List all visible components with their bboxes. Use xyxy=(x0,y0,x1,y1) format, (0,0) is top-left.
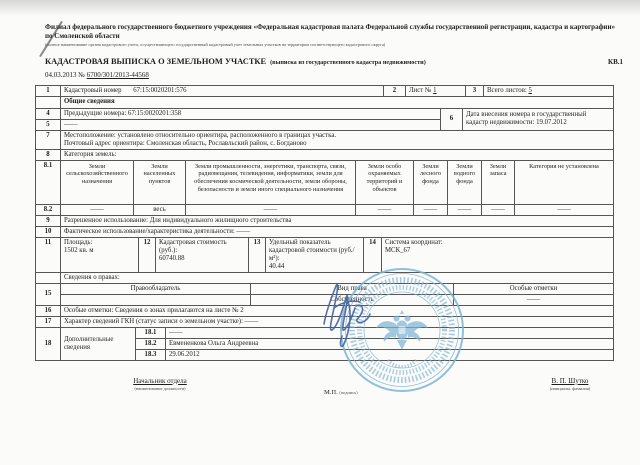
cadastral-cost-label: Кадастровая стоимость (руб.): xyxy=(159,239,245,255)
cadastral-cost-cell: Кадастровая стоимость (руб.): 60740.88 xyxy=(156,237,249,272)
row15-table: 15 Правообладатель Вид права Особые отме… xyxy=(35,283,614,306)
coord-system-label: Система координат: xyxy=(385,239,610,247)
category-value-1: весь xyxy=(134,204,186,215)
row16-no: 16 xyxy=(36,305,61,316)
stamp-place-block: М.П. (подпись) xyxy=(324,389,358,396)
row17-no: 17 xyxy=(36,316,61,327)
position-block: Начальник отдела (наименование должности… xyxy=(95,377,225,391)
gkn-status-cell: Характер сведений ГКН (статус записи о з… xyxy=(61,316,614,327)
row13-no: 13 xyxy=(249,237,266,272)
area-cell: Площадь: 1502 кв. м xyxy=(61,237,139,272)
row18-no: 18 xyxy=(36,327,61,360)
row181-no: 18.1 xyxy=(136,327,166,338)
row183-no: 18.3 xyxy=(136,349,166,360)
category-value-4: —— xyxy=(414,204,448,215)
total-sheets-label: Всего листов: xyxy=(487,87,527,94)
row7-table: 7 Местоположение: установлено относитель… xyxy=(35,130,614,150)
doc-number: 6700/301/2013-44568 xyxy=(87,71,149,79)
area-label: Площадь: xyxy=(64,239,135,247)
document-body: Филиал федерального государственного бюд… xyxy=(0,0,640,439)
row10-no: 10 xyxy=(36,226,61,237)
cadastral-cost-value: 60740.88 xyxy=(159,255,245,263)
land-category-table: 8.1 Земли сельскохозяйственного назначен… xyxy=(35,160,614,216)
row182-value: Евмененкова Ольга Андреевна xyxy=(166,338,614,349)
right-type-value: Собственность xyxy=(251,294,454,305)
row2-no: 2 xyxy=(384,86,406,97)
category-value-7: —— xyxy=(515,204,614,215)
row81-no: 8.1 xyxy=(36,160,61,204)
unit-cost-value: 40.44 xyxy=(269,263,360,271)
category-industry: Земли промышленности, энергетики, трансп… xyxy=(186,160,356,204)
row9-no: 9 xyxy=(36,215,61,226)
org-name: Филиал федерального государственного бюд… xyxy=(45,23,623,41)
document-header: Филиал федерального государственного бюд… xyxy=(45,23,623,79)
category-value-5: —— xyxy=(448,204,482,215)
location-cell: Местоположение: установлено относительно… xyxy=(61,130,614,149)
category-water: Земли водного фонда xyxy=(448,160,482,204)
doc-date: 04.03.2013 № xyxy=(45,71,85,79)
signee-note: (инициалы, фамилия) xyxy=(505,386,635,391)
row12-no: 12 xyxy=(139,237,156,272)
coord-system-value: МСК_67 xyxy=(385,247,610,255)
cadastral-number-label: Кадастровый номер xyxy=(64,87,122,94)
right-type-header: Вид права xyxy=(251,283,454,294)
permitted-use-cell: Разрешенное использование: Для индивидуа… xyxy=(61,215,614,226)
rows4-6-table: 4 Предыдущие номера: 67:15:0020201:358 6… xyxy=(35,108,614,131)
rights-holder-value xyxy=(61,294,251,305)
row15-no: 15 xyxy=(36,283,61,305)
row1-no: 1 xyxy=(36,86,61,97)
signature-footer: Начальник отдела (наименование должности… xyxy=(0,369,640,439)
title-line: КАДАСТРОВАЯ ВЫПИСКА О ЗЕМЕЛЬНОМ УЧАСТКЕ … xyxy=(45,51,623,69)
row4-no: 4 xyxy=(36,108,61,119)
general-section-title: Общие сведения xyxy=(61,97,614,108)
doc-date-line: 04.03.2013 № 6700/301/2013-44568 xyxy=(45,71,623,79)
rows11-14-table: 11 Площадь: 1502 кв. м 12 Кадастровая ст… xyxy=(35,237,614,273)
row183-value: 29.06.2012 xyxy=(166,349,614,360)
row5-dash: —— xyxy=(61,119,441,130)
sheet-value: 1 xyxy=(433,87,436,94)
form-code: КВ.1 xyxy=(608,58,623,66)
row14-no: 14 xyxy=(364,237,382,272)
special-notes-value: —— xyxy=(454,294,614,305)
doc-title-wrap: КАДАСТРОВАЯ ВЫПИСКА О ЗЕМЕЛЬНОМ УЧАСТКЕ … xyxy=(45,51,426,69)
row5-no: 5 xyxy=(36,119,61,130)
position-note: (наименование должности) xyxy=(95,386,225,391)
category-not-set: Категория не установлена xyxy=(515,160,614,204)
row6-no: 6 xyxy=(441,108,463,130)
additional-info-label: Дополнительные сведения xyxy=(61,327,136,360)
unit-cost-label: Удельный показатель кадастровой стоимост… xyxy=(269,239,360,263)
signee-block: В. П. Шутко (инициалы, фамилия) xyxy=(505,377,635,391)
sheet-cell: Лист № 1 xyxy=(406,86,466,97)
row18-table: 18 Дополнительные сведения 18.1 —— 18.2 … xyxy=(35,327,614,361)
date-entered-cell: Дата внесения номера в государственный к… xyxy=(463,108,614,130)
rights-holder-header: Правообладатель xyxy=(61,283,251,294)
previous-numbers-cell: Предыдущие номера: 67:15:0020201:358 xyxy=(61,108,441,119)
location-line2: Почтовый адрес ориентира: Смоленская обл… xyxy=(64,140,610,148)
actual-use-cell: Фактическое использование/характеристика… xyxy=(61,226,614,237)
total-sheets-value: 5 xyxy=(529,87,532,94)
general-section-no-cell xyxy=(36,97,61,108)
org-name-note: (полное наименование органа кадастрового… xyxy=(45,42,623,47)
rights-section-no-cell xyxy=(36,272,61,283)
doc-title: КАДАСТРОВАЯ ВЫПИСКА О ЗЕМЕЛЬНОМ УЧАСТКЕ xyxy=(45,57,266,66)
area-value: 1502 кв. м xyxy=(64,247,135,255)
row8-no: 8 xyxy=(36,149,61,160)
land-category-label: Категория земель: xyxy=(61,149,614,160)
stamp-place-note: (подпись) xyxy=(339,390,357,395)
row181-value: —— xyxy=(166,327,614,338)
category-value-2: —— xyxy=(186,204,356,215)
row11-no: 11 xyxy=(36,237,61,272)
cadastral-number-cell: Кадастровый номер 67:15:0020201:576 xyxy=(61,86,384,97)
coord-system-cell: Система координат: МСК_67 xyxy=(382,237,614,272)
cadastral-number-value: 67:15:0020201:576 xyxy=(133,87,186,94)
category-value-3: —— xyxy=(356,204,414,215)
row3-no: 3 xyxy=(466,86,484,97)
signee-name: В. П. Шутко xyxy=(505,377,635,385)
doc-title-note: (выписка из государственного кадастра не… xyxy=(270,59,426,66)
position-title: Начальник отдела xyxy=(95,377,225,385)
scanned-cadastral-document: Филиал федерального государственного бюд… xyxy=(0,0,640,465)
category-value-6: —— xyxy=(482,204,515,215)
row182-no: 18.2 xyxy=(136,338,166,349)
category-agricultural: Земли сельскохозяйственного назначения xyxy=(61,160,134,204)
total-sheets-cell: Всего листов: 5 xyxy=(484,86,614,97)
sheet-label: Лист № xyxy=(409,87,431,94)
category-settlements: Земли населенных пунктов xyxy=(134,160,186,204)
special-notes-cell: Особые отметки: Сведения о зонах прилага… xyxy=(61,305,614,316)
rights-section-title: Сведения о правах: xyxy=(61,272,614,283)
special-notes-header: Особые отметки xyxy=(454,283,614,294)
location-line1: Местоположение: установлено относительно… xyxy=(64,132,610,140)
category-reserve: Земли запаса xyxy=(482,160,515,204)
row7-no: 7 xyxy=(36,130,61,149)
category-forest: Земли лесного фонда xyxy=(414,160,448,204)
category-protected: Земли особо охраняемых территорий и объе… xyxy=(356,160,414,204)
row82-no: 8.2 xyxy=(36,204,61,215)
stamp-place-label: М.П. xyxy=(324,389,338,396)
category-value-0: —— xyxy=(61,204,134,215)
unit-cost-cell: Удельный показатель кадастровой стоимост… xyxy=(266,237,364,272)
